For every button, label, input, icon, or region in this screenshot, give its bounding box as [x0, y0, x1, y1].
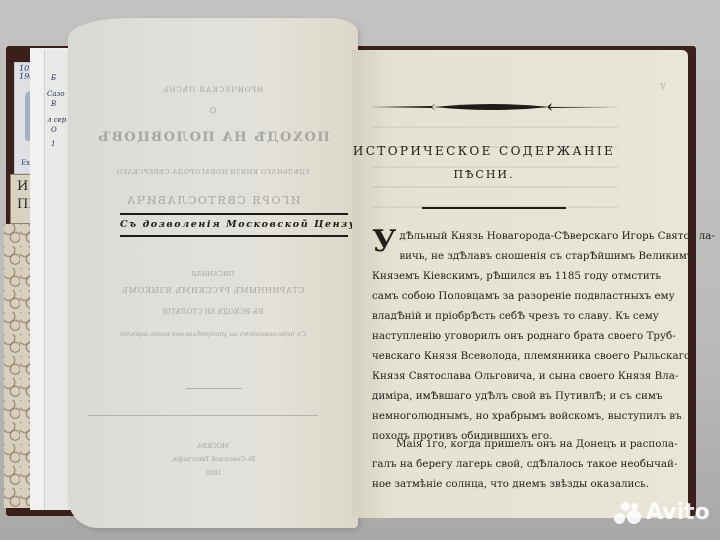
text-line: ное затмѣніе солнца, что днемъ звѣзды ок…: [372, 474, 618, 494]
left-page-turning: ИРОИЧЕСКАЯ ПѢСНЬ О ПОХОДѢ НА ПОЛОВЦОВЪ У…: [68, 18, 358, 528]
ghost-rule: [186, 388, 242, 389]
text-line: немноголюднымъ, но храбрымъ войскомъ, вы…: [372, 406, 618, 426]
text-line: диміра, имѢвшаго удѢлъ свой въ ПутивлѢ; …: [372, 386, 618, 406]
page-number: V: [660, 82, 666, 91]
ghost-text: МОСКВА: [68, 442, 358, 450]
show-through-text: [372, 106, 618, 216]
text-line: Князя Святослава Ольговича, и сына своег…: [372, 366, 618, 386]
ghost-text: Съ переложеніемъ на употребляемое нынѣ н…: [68, 330, 358, 338]
note-line: Б: [51, 74, 56, 82]
paragraph-2: Маія 1го, когда пришелъ онъ на Донецъ и …: [372, 434, 618, 494]
text-line: владѢній и пріобрѢсть себѢ чрезъ то слав…: [372, 306, 618, 326]
ghost-text: СТАРИННЫМЪ РУССКИМЪ ЯЗЫКОМЪ: [68, 286, 358, 295]
ghost-text: О: [68, 106, 358, 115]
ghost-text: ИРОИЧЕСКАЯ ПѢСНЬ: [68, 86, 358, 94]
text-line: наступленію уговорилъ онъ роднаго брата …: [372, 326, 618, 346]
censorship-text: Съ дозволенія Московской Цензуры.: [120, 215, 348, 235]
heading-rule: [422, 207, 566, 209]
ghost-text: Въ Сенатской Типографіи,: [68, 456, 358, 463]
ghost-text: ИГОРЯ СВЯТОСЛАВИЧА: [68, 194, 358, 207]
ghost-text: ПИСАННАЯ: [68, 270, 358, 278]
text-line: галъ на берегу лагерь свой, сдѢлалось та…: [372, 454, 618, 474]
ghost-text: ПОХОДѢ НА ПОЛОВЦОВЪ: [68, 130, 358, 145]
censorship-imprint: Съ дозволенія Московской Цензуры.: [120, 213, 348, 237]
note-line: О: [51, 126, 57, 134]
note-line: Сазо: [47, 90, 65, 98]
note-line: В: [51, 100, 56, 108]
paragraph-1: У дѢльный Князь Новагорода-СѢверскаго Иг…: [372, 226, 618, 446]
text-line: чевскаго Князя Всеволода, племянника сво…: [372, 346, 618, 366]
drop-cap: У: [372, 228, 396, 256]
text-line: самъ собою Половцамъ за разореніе подвла…: [372, 286, 618, 306]
note-line: л сер: [47, 116, 66, 124]
section-subheading: ПѢСНИ.: [352, 168, 616, 181]
ornament-rule-icon: [372, 100, 612, 114]
section-heading: ИСТОРИЧЕСКОЕ СОДЕРЖАНІЕ: [352, 144, 616, 158]
text-line: вичь, не здѢлавъ сношенія съ старѢйшимъ …: [372, 246, 618, 266]
text-line: Княземъ Кіевскимъ, рѢшился въ 1185 году …: [372, 266, 618, 286]
ghost-text: ВЪ ИСХОДѢ XII СТОЛѢТІЯ: [68, 308, 358, 316]
right-page: V ИСТОРИЧЕСКОЕ СОДЕРЖАНІЕ ПѢСНИ. У дѢльн…: [352, 50, 688, 518]
avito-logo-icon: [614, 502, 642, 524]
text-line: дѢльный Князь Новагорода-СѢверскаго Игор…: [372, 226, 618, 246]
note-line: 1: [51, 140, 55, 148]
spine-label-line: И: [17, 179, 28, 194]
avito-wordmark: Avito: [646, 500, 710, 525]
ghost-text: 1800.: [68, 470, 358, 477]
avito-watermark: Avito: [614, 500, 710, 525]
ghost-text: УДѢЛЬНАГО КНЯЗЯ НОВАГОРОДА-СѢВЕРСКАГО: [68, 168, 358, 176]
imprint-rule-bottom: [120, 235, 348, 237]
text-line: Маія 1го, когда пришелъ онъ на Донецъ и …: [372, 434, 618, 454]
ghost-rule: [88, 415, 318, 416]
